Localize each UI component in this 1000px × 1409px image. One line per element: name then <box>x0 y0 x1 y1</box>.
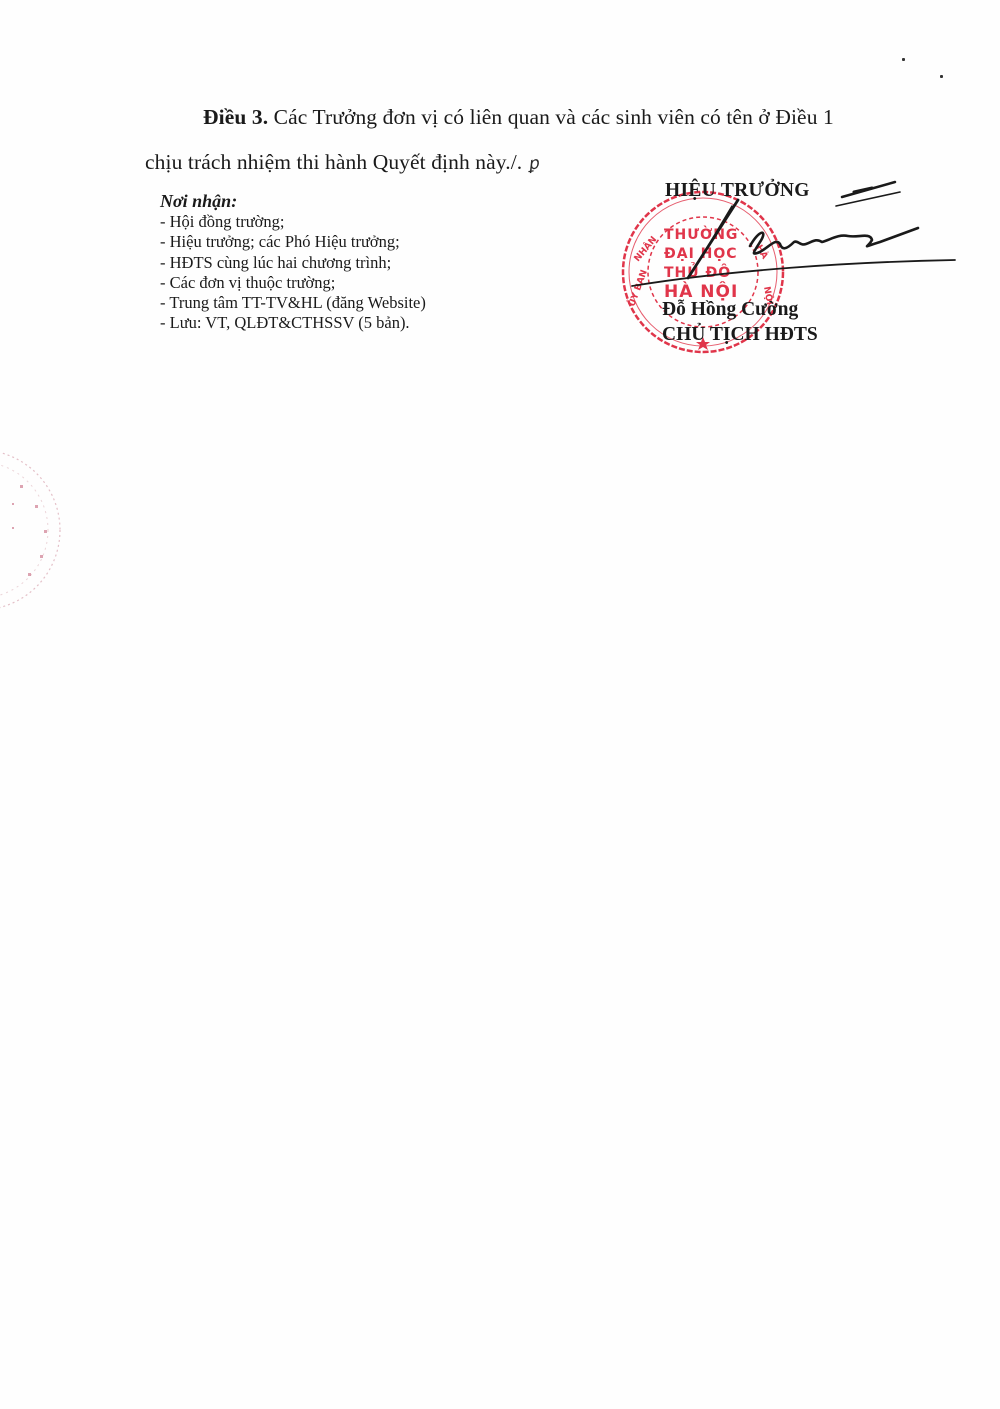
scan-speck <box>940 75 943 78</box>
recipient-item: HĐTS cùng lúc hai chương trình; <box>160 253 426 273</box>
recipients-block: Nơi nhận: Hội đồng trường; Hiệu trưởng; … <box>160 190 426 334</box>
svg-text:NHÂN: NHÂN <box>631 234 659 264</box>
stamp-line: THỦ ĐÔ <box>664 264 738 283</box>
recipient-item: Hội đồng trường; <box>160 212 426 232</box>
article-heading: Điều 3. <box>203 105 268 129</box>
recipients-label: Nơi nhận: <box>160 190 426 212</box>
recipient-item: Lưu: VT, QLĐT&CTHSSV (5 bản). <box>160 313 426 333</box>
stamp-line: ĐẠI HỌC <box>664 245 738 264</box>
signer-role: CHỦ TỊCH HĐTS <box>662 324 818 346</box>
scan-speck <box>902 58 905 61</box>
initials-mark: ꝑ <box>525 141 542 187</box>
stamp-text: THƯỜNG ĐẠI HỌC THỦ ĐÔ HÀ NỘI <box>664 226 738 302</box>
signature-block: ỦY BAN NHÂN HÀ NỘI THƯỜNG ĐẠI HỌC THỦ ĐÔ… <box>610 170 970 360</box>
recipient-item: Trung tâm TT-TV&HL (đăng Website) <box>160 293 426 313</box>
article-text-2: chịu trách nhiệm thi hành Quyết định này… <box>145 150 522 174</box>
svg-text:ỦY BAN: ỦY BAN <box>625 268 650 308</box>
recipients-list: Hội đồng trường; Hiệu trưởng; các Phó Hi… <box>160 212 426 334</box>
faint-stamp-bleed-icon <box>0 445 70 615</box>
recipient-item: Các đơn vị thuộc trường; <box>160 273 426 293</box>
document-page: Điều 3. Các Trưởng đơn vị có liên quan v… <box>0 0 1000 1409</box>
article-text-1: Các Trưởng đơn vị có liên quan và các si… <box>268 105 834 129</box>
signer-title: HIỆU TRƯỞNG <box>665 180 810 202</box>
stamp-line: THƯỜNG <box>664 226 738 245</box>
recipient-item: Hiệu trưởng; các Phó Hiệu trưởng; <box>160 232 426 252</box>
signer-name: Đỗ Hồng Cường <box>662 299 798 321</box>
article-line-1: Điều 3. Các Trưởng đơn vị có liên quan v… <box>145 95 915 140</box>
